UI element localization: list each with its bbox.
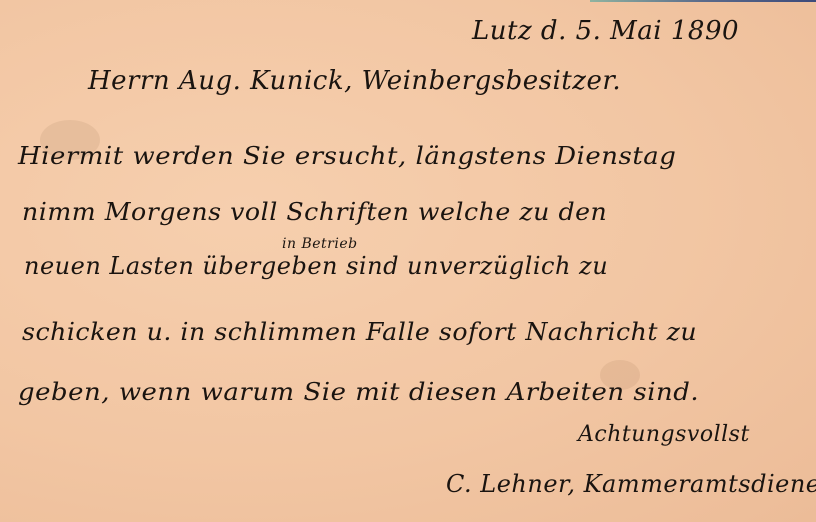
body-line-3: neuen Lasten übergeben sind unverzüglich… (24, 252, 608, 280)
closing: Achtungsvollst (578, 422, 750, 447)
date-line: Lutz d. 5. Mai 1890 (472, 16, 739, 46)
salutation: Herrn Aug. Kunick, Weinbergsbesitzer. (88, 66, 621, 96)
body-line-5: geben, wenn warum Sie mit diesen Arbeite… (18, 378, 699, 406)
insertion-note: in Betrieb (282, 236, 358, 252)
body-line-1: Hiermit werden Sie ersucht, längstens Di… (18, 142, 676, 170)
body-line-2: nimm Morgens voll Schriften welche zu de… (22, 198, 607, 226)
card-edge-strip (590, 0, 816, 2)
signature: C. Lehner, Kammeramtsdiener (446, 470, 816, 498)
body-line-4: schicken u. in schlimmen Falle sofort Na… (22, 318, 697, 346)
